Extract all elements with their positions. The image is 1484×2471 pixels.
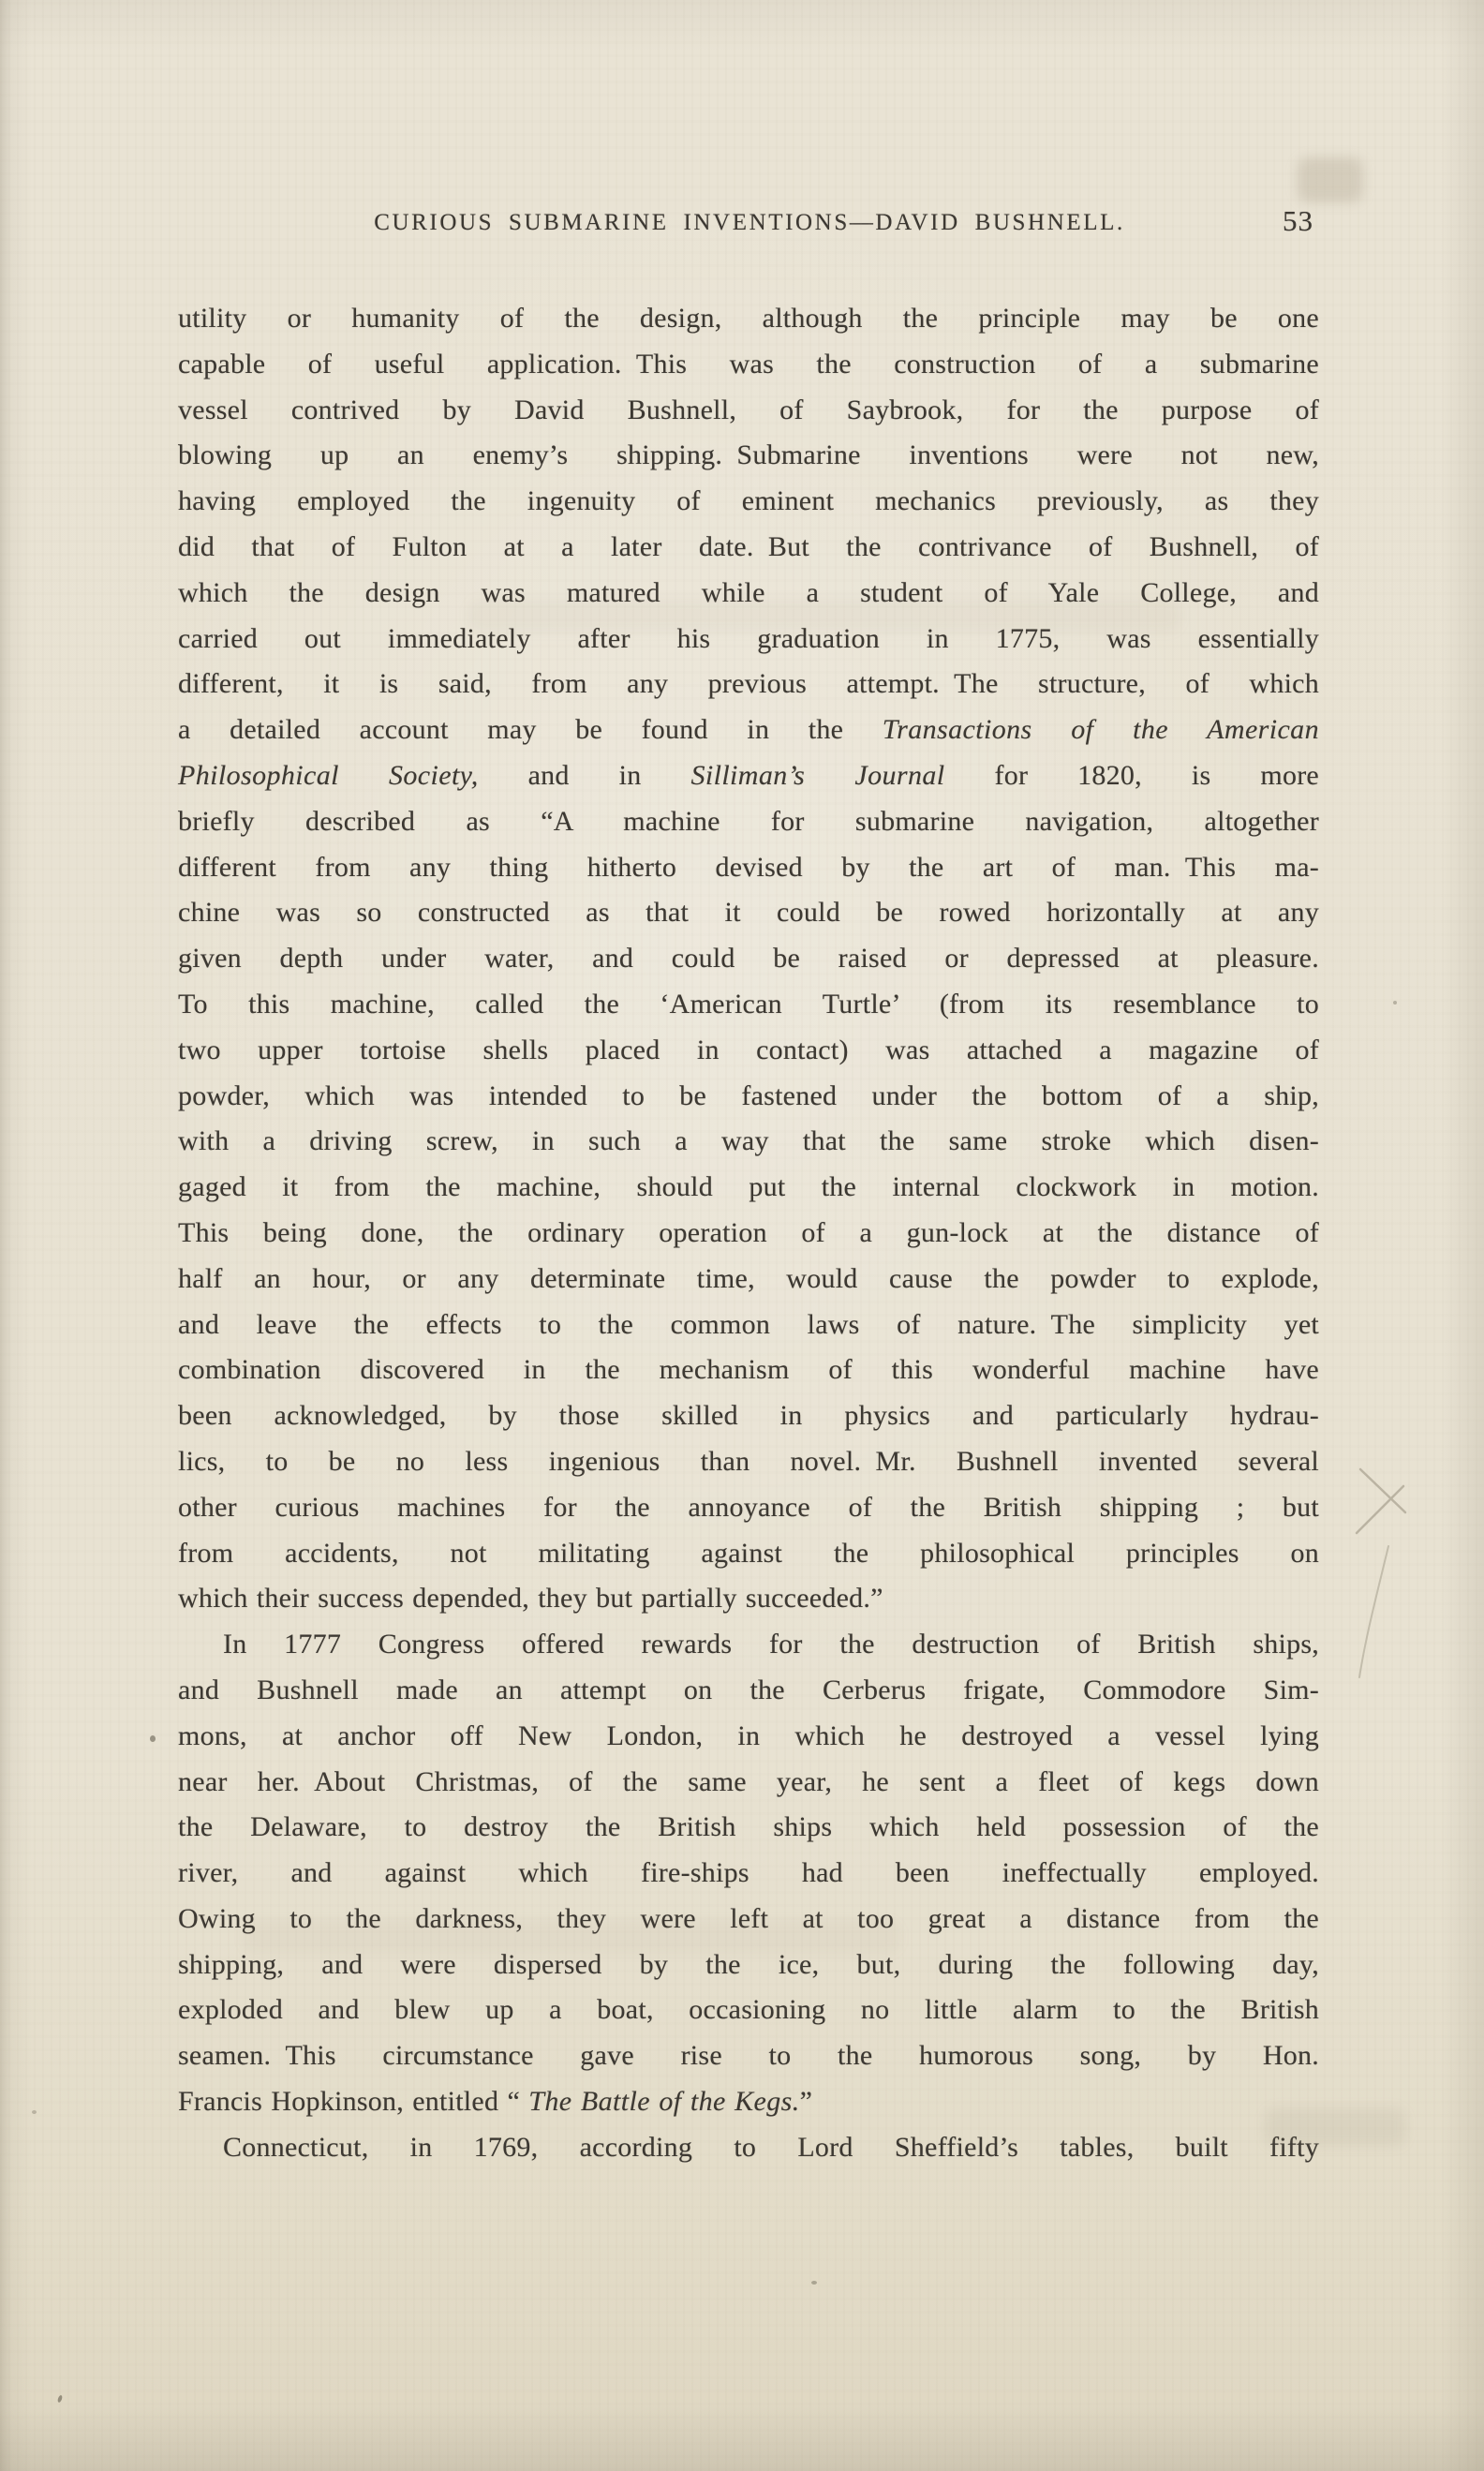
text-line: chine was so constructed as that it coul… <box>178 890 1319 936</box>
italic-text: Philosophical Society, <box>178 760 479 791</box>
roman-text: the Delaware, to destroy the British shi… <box>178 1811 1319 1842</box>
italic-text: The Battle of the Kegs. <box>528 2086 799 2117</box>
roman-text: near her. About Christmas, of the same y… <box>178 1766 1319 1797</box>
roman-text: other curious machines for the annoyance… <box>178 1492 1319 1523</box>
text-line: which their success depended, they but p… <box>178 1576 1319 1622</box>
roman-text: carried out immediately after his gradua… <box>178 623 1319 654</box>
text-line: vessel contrived by David Bushnell, of S… <box>178 388 1319 434</box>
roman-text: capable of useful application. This was … <box>178 349 1319 380</box>
roman-text: different from any thing hitherto devise… <box>178 852 1319 883</box>
ink-speck <box>32 2110 37 2114</box>
italic-text: Silliman’s Journal <box>690 760 944 791</box>
roman-text: briefly described as “A machine for subm… <box>178 806 1319 837</box>
roman-text: lics, to be no less ingenious than novel… <box>178 1446 1319 1477</box>
roman-text: powder, which was intended to be fastene… <box>178 1080 1319 1111</box>
running-header: CURIOUS SUBMARINE INVENTIONS—DAVID BUSHN… <box>178 210 1321 236</box>
roman-text: and leave the effects to the common laws… <box>178 1309 1319 1340</box>
page-number: 53 <box>1283 204 1313 238</box>
roman-text: seamen. This circumstance gave rise to t… <box>178 2040 1319 2071</box>
text-line: combination discovered in the mechanism … <box>178 1347 1319 1393</box>
ink-speck <box>811 2281 817 2285</box>
text-line: from accidents, not militating against t… <box>178 1531 1319 1577</box>
text-line: briefly described as “A machine for subm… <box>178 799 1319 845</box>
roman-text: with a driving screw, in such a way that… <box>178 1125 1319 1156</box>
roman-text: ” <box>800 2086 813 2117</box>
text-line: exploded and blew up a boat, occasioning… <box>178 1987 1319 2033</box>
roman-text: been acknowledged, by those skilled in p… <box>178 1400 1319 1431</box>
text-line: river, and against which fire-ships had … <box>178 1851 1319 1897</box>
roman-text: This being done, the ordinary operation … <box>178 1217 1319 1248</box>
text-line: different, it is said, from any previous… <box>178 662 1319 707</box>
scanned-book-page: CURIOUS SUBMARINE INVENTIONS—DAVID BUSHN… <box>0 0 1484 2471</box>
roman-text: from accidents, not militating against t… <box>178 1538 1319 1569</box>
page-body-text: utility or humanity of the design, altho… <box>178 296 1319 2171</box>
ink-speck <box>150 1735 156 1742</box>
roman-text: blowing up an enemy’s shipping. Submarin… <box>178 439 1319 470</box>
roman-text: and in <box>479 760 691 791</box>
roman-text: river, and against which fire-ships had … <box>178 1857 1319 1888</box>
text-line: which the design was matured while a stu… <box>178 571 1319 617</box>
text-line: powder, which was intended to be fastene… <box>178 1074 1319 1120</box>
roman-text: half an hour, or any determinate time, w… <box>178 1263 1319 1294</box>
roman-text: gaged it from the machine, should put th… <box>178 1171 1319 1202</box>
roman-text: which their success depended, they but p… <box>178 1583 883 1614</box>
paper-smudge <box>1298 157 1363 202</box>
text-line: Connecticut, in 1769, according to Lord … <box>178 2125 1319 2171</box>
text-line: shipping, and were dispersed by the ice,… <box>178 1943 1319 1988</box>
roman-text: and Bushnell made an attempt on the Cerb… <box>178 1675 1319 1705</box>
roman-text: chine was so constructed as that it coul… <box>178 897 1319 928</box>
roman-text: for 1820, is more <box>945 760 1320 791</box>
ink-speck <box>1393 1001 1397 1005</box>
text-line: Owing to the darkness, they were left at… <box>178 1897 1319 1943</box>
roman-text: two upper tortoise shells placed in cont… <box>178 1035 1319 1065</box>
roman-text: Connecticut, in 1769, according to Lord … <box>223 2132 1319 2163</box>
roman-text: a detailed account may be found in the <box>178 714 883 745</box>
text-line: Philosophical Society, and in Silliman’s… <box>178 753 1319 799</box>
text-line: gaged it from the machine, should put th… <box>178 1165 1319 1211</box>
text-line: two upper tortoise shells placed in cont… <box>178 1028 1319 1074</box>
page-header: CURIOUS SUBMARINE INVENTIONS—DAVID BUSHN… <box>178 210 1321 251</box>
roman-text: shipping, and were dispersed by the ice,… <box>178 1949 1319 1980</box>
roman-text: Francis Hopkinson, entitled “ <box>178 2086 528 2117</box>
text-line: a detailed account may be found in the T… <box>178 707 1319 753</box>
text-line: half an hour, or any determinate time, w… <box>178 1257 1319 1302</box>
roman-text: did that of Fulton at a later date. But … <box>178 531 1319 562</box>
roman-text: mons, at anchor off New London, in which… <box>178 1720 1319 1751</box>
text-line: different from any thing hitherto devise… <box>178 845 1319 891</box>
text-line: Francis Hopkinson, entitled “ The Battle… <box>178 2079 1319 2125</box>
text-line: utility or humanity of the design, altho… <box>178 296 1319 342</box>
ink-speck <box>57 2395 63 2404</box>
roman-text: To this machine, called the ‘American Tu… <box>178 989 1319 1020</box>
text-line: and leave the effects to the common laws… <box>178 1302 1319 1348</box>
text-line: blowing up an enemy’s shipping. Submarin… <box>178 433 1319 479</box>
text-line: near her. About Christmas, of the same y… <box>178 1760 1319 1806</box>
text-line: This being done, the ordinary operation … <box>178 1211 1319 1257</box>
text-line: lics, to be no less ingenious than novel… <box>178 1439 1319 1485</box>
text-line: mons, at anchor off New London, in which… <box>178 1714 1319 1760</box>
text-line: did that of Fulton at a later date. But … <box>178 525 1319 571</box>
roman-text: which the design was matured while a stu… <box>178 577 1319 608</box>
roman-text: given depth under water, and could be ra… <box>178 943 1319 974</box>
roman-text: Owing to the darkness, they were left at… <box>178 1903 1319 1934</box>
text-line: seamen. This circumstance gave rise to t… <box>178 2033 1319 2079</box>
text-line: In 1777 Congress offered rewards for the… <box>178 1622 1319 1668</box>
roman-text: utility or humanity of the design, altho… <box>178 303 1319 334</box>
roman-text: exploded and blew up a boat, occasioning… <box>178 1994 1319 2025</box>
text-line: other curious machines for the annoyance… <box>178 1485 1319 1531</box>
roman-text: combination discovered in the mechanism … <box>178 1354 1319 1385</box>
text-line: having employed the ingenuity of eminent… <box>178 479 1319 525</box>
text-line: and Bushnell made an attempt on the Cerb… <box>178 1668 1319 1714</box>
text-line: the Delaware, to destroy the British shi… <box>178 1805 1319 1851</box>
text-line: capable of useful application. This was … <box>178 342 1319 388</box>
roman-text: In 1777 Congress offered rewards for the… <box>223 1629 1319 1660</box>
roman-text: having employed the ingenuity of eminent… <box>178 485 1319 516</box>
roman-text: different, it is said, from any previous… <box>178 668 1319 699</box>
text-line: To this machine, called the ‘American Tu… <box>178 982 1319 1028</box>
italic-text: Transactions of the American <box>883 714 1319 745</box>
text-line: been acknowledged, by those skilled in p… <box>178 1393 1319 1439</box>
text-line: with a driving screw, in such a way that… <box>178 1119 1319 1165</box>
text-line: carried out immediately after his gradua… <box>178 617 1319 662</box>
roman-text: vessel contrived by David Bushnell, of S… <box>178 394 1319 425</box>
text-line: given depth under water, and could be ra… <box>178 936 1319 982</box>
